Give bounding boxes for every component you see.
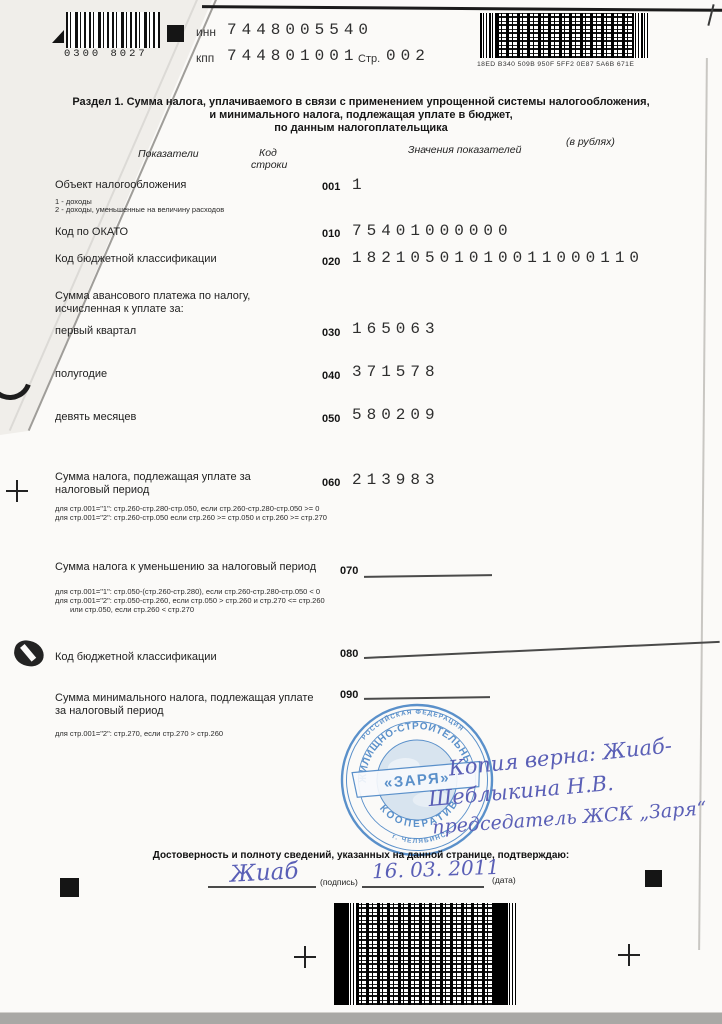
- scan-top-edge-line: [202, 5, 722, 12]
- confirmation-statement: Достоверность и полноту сведений, указан…: [0, 850, 722, 861]
- document-2d-barcode-caption: 18ED B340 509B 950F 5FF2 0E87 5A6B 671E: [477, 61, 634, 68]
- scanned-tax-declaration-page: 0300 8027 инн 7448005540 кпп 744801001 С…: [0, 0, 722, 1024]
- row-070-note1: для стр.001="1": стр.050-(стр.260-стр.28…: [55, 587, 320, 596]
- row-060-label-line2: налоговый период: [55, 484, 149, 497]
- column-header-indicators: Показатели: [138, 148, 199, 160]
- section-title-line1: Раздел 1. Сумма налога, уплачиваемого в …: [40, 96, 682, 108]
- signature-line: [208, 886, 316, 888]
- date-caption: (дата): [492, 875, 516, 885]
- row-070-code: 070: [340, 565, 358, 577]
- row-050-code: 050: [322, 413, 340, 425]
- row-060-code: 060: [322, 477, 340, 489]
- row-050-label: девять месяцев: [55, 411, 136, 424]
- row-080-label: Код бюджетной классификации: [55, 651, 217, 664]
- row-090-code: 090: [340, 689, 358, 701]
- kpp-label: кпп: [196, 51, 214, 65]
- row-070-label: Сумма налога к уменьшению за налоговый п…: [55, 561, 316, 574]
- row-040-value: 371578: [352, 363, 440, 381]
- row-010-value: 75401000000: [352, 222, 513, 240]
- column-header-code-line2: строки: [251, 159, 287, 171]
- section-title-line3: по данным налогоплательщика: [40, 122, 682, 134]
- column-header-values: Значения показателей: [408, 144, 521, 156]
- bottom-2d-barcode: [334, 903, 516, 1005]
- row-010-code: 010: [322, 228, 340, 240]
- row-060-note2: для стр.001="2": стр.260-стр.050 если ст…: [55, 513, 327, 522]
- row-090-note1: для стр.001="2": стр.270, если стр.270 >…: [55, 729, 223, 738]
- advance-header-line2: исчисленная к уплате за:: [55, 303, 184, 316]
- registration-cross-bottom-left: [294, 946, 316, 968]
- kpp-value: 744801001: [227, 47, 358, 65]
- organization-stamp: РОССИЙСКАЯ ФЕДЕРАЦИЯ г. ЧЕЛЯБИНСК ЖИЛИЩН…: [330, 693, 503, 866]
- row-010-label: Код по ОКАТО: [55, 226, 128, 239]
- registration-square-bottom-right: [645, 870, 662, 887]
- row-030-label: первый квартал: [55, 325, 136, 338]
- page-corner-curl-mark: [707, 4, 714, 26]
- inn-value: 7448005540: [227, 21, 373, 39]
- row-020-code: 020: [322, 256, 340, 268]
- section-title-line2: и минимального налога, подлежащая уплате…: [40, 109, 682, 121]
- date-line: [362, 886, 484, 888]
- row-060-label-line1: Сумма налога, подлежащая уплате за: [55, 471, 251, 484]
- row-020-label: Код бюджетной классификации: [55, 253, 217, 266]
- registration-square-top: [167, 25, 184, 42]
- handwritten-date: 16. 03. 2011: [372, 855, 500, 883]
- form-barcode-digits: 0300 8027: [64, 48, 148, 60]
- registration-cross-left: [6, 480, 28, 502]
- column-header-code-line1: Код: [259, 147, 277, 159]
- row-020-value: 18210501010011000110: [352, 249, 644, 267]
- form-barcode: [66, 12, 160, 48]
- ink-blob-mark: [12, 638, 47, 669]
- inn-label: инн: [196, 25, 216, 39]
- row-001-code: 001: [322, 181, 340, 193]
- registration-square-bottom-left: [60, 878, 79, 897]
- row-030-value: 165063: [352, 320, 440, 338]
- row-001-note2: 2 - доходы, уменьшенные на величину расх…: [55, 205, 224, 214]
- row-080-code: 080: [340, 648, 358, 660]
- advance-header-line1: Сумма авансового платежа по налогу,: [55, 290, 250, 303]
- row-070-note2: для стр.001="2": стр.050-стр.260, если с…: [55, 596, 325, 605]
- row-060-value: 213983: [352, 471, 440, 489]
- row-080-blank-line: [364, 641, 720, 659]
- row-001-label: Объект налогообложения: [55, 179, 186, 192]
- row-030-code: 030: [322, 327, 340, 339]
- row-070-note3: или стр.050, если стр.260 < стр.270: [70, 605, 194, 614]
- row-001-value: 1: [352, 176, 367, 194]
- row-050-value: 580209: [352, 406, 440, 424]
- currency-note: (в рублях): [566, 136, 615, 148]
- row-070-blank-line: [364, 574, 492, 577]
- page-number-label: Стр.: [358, 53, 380, 65]
- signature-caption: (подпись): [320, 877, 358, 887]
- row-040-code: 040: [322, 370, 340, 382]
- row-060-note1: для стр.001="1": стр.260-стр.280-стр.050…: [55, 504, 319, 513]
- row-090-label-line1: Сумма минимального налога, подлежащая уп…: [55, 692, 313, 705]
- registration-cross-bottom-right: [618, 944, 640, 966]
- page-number-value: 002: [386, 47, 430, 65]
- handwritten-signature: Жиаб: [229, 858, 299, 888]
- scan-bottom-strip: [0, 1012, 722, 1024]
- row-090-label-line2: за налоговый период: [55, 705, 164, 718]
- document-2d-barcode: [480, 13, 648, 58]
- row-040-label: полугодие: [55, 368, 107, 381]
